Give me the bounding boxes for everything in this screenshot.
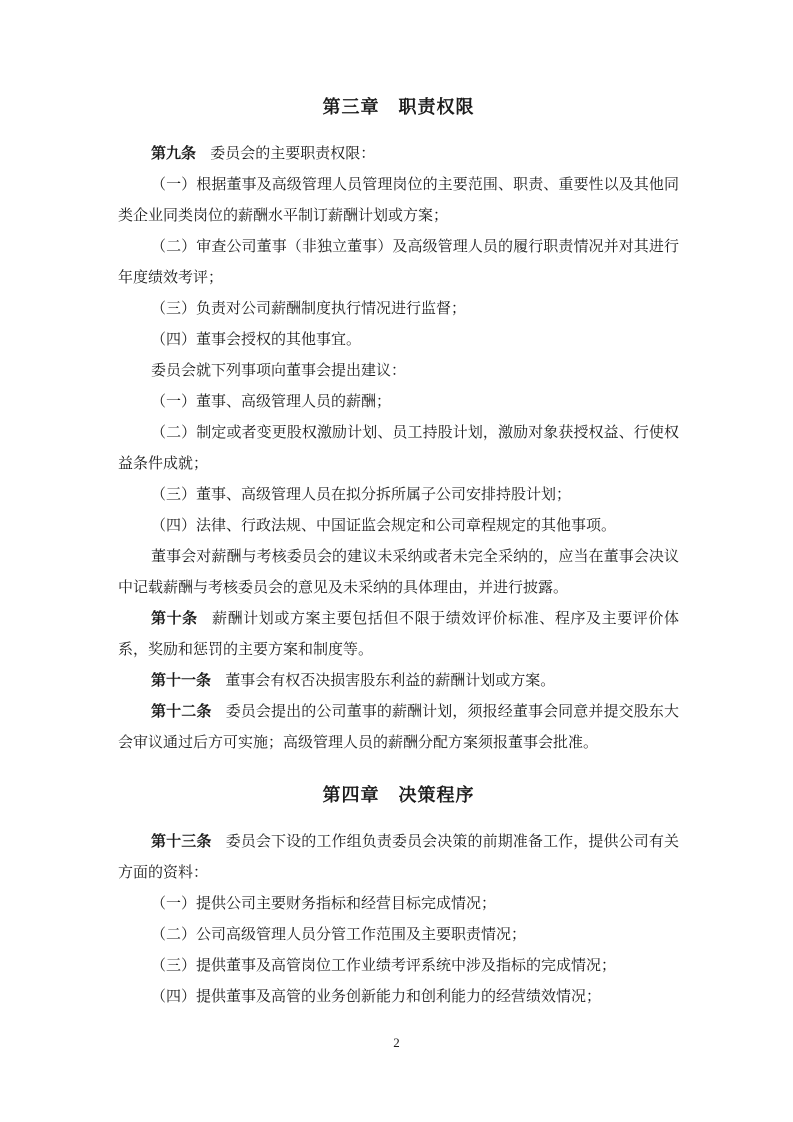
paragraph-article-13: 第十三条委员会下设的工作组负责委员会决策的前期准备工作，提供公司有关方面的资料： xyxy=(118,827,679,889)
paragraph-text: （一）董事、高级管理人员的薪酬； xyxy=(151,394,391,410)
paragraph-text: （四）法律、行政法规、中国证监会规定和公司章程规定的其他事项。 xyxy=(151,518,616,534)
article-number: 第十一条 xyxy=(151,673,211,689)
article-number: 第十条 xyxy=(151,611,198,627)
paragraph-item-4: （四）董事会授权的其他事宜。 xyxy=(118,325,679,356)
paragraph-text: 董事会对薪酬与考核委员会的建议未采纳或者未完全采纳的，应当在董事会决议中记载薪酬… xyxy=(118,549,679,596)
paragraph-suggestion-3: （三）董事、高级管理人员在拟分拆所属子公司安排持股计划； xyxy=(118,480,679,511)
article-number: 第九条 xyxy=(151,146,196,162)
paragraph-text: 委员会的主要职责权限： xyxy=(210,146,375,162)
paragraph-board-disclosure: 董事会对薪酬与考核委员会的建议未采纳或者未完全采纳的，应当在董事会决议中记载薪酬… xyxy=(118,542,679,604)
paragraph-suggestion-4: （四）法律、行政法规、中国证监会规定和公司章程规定的其他事项。 xyxy=(118,511,679,542)
article-number: 第十三条 xyxy=(151,834,211,850)
paragraph-material-4: （四）提供董事及高管的业务创新能力和创利能力的经营绩效情况； xyxy=(118,982,679,1013)
paragraph-text: 董事会有权否决损害股东利益的薪酬计划或方案。 xyxy=(225,673,555,689)
page-number: 2 xyxy=(0,1035,793,1051)
paragraph-suggestions-intro: 委员会就下列事项向董事会提出建议： xyxy=(118,356,679,387)
paragraph-article-9: 第九条委员会的主要职责权限： xyxy=(118,139,679,170)
paragraph-text: （一）根据董事及高级管理人员管理岗位的主要范围、职责、重要性以及其他同类企业同类… xyxy=(118,177,679,224)
paragraph-article-10: 第十条薪酬计划或方案主要包括但不限于绩效评价标准、程序及主要评价体系，奖励和惩罚… xyxy=(118,604,679,666)
paragraph-material-2: （二）公司高级管理人员分管工作范围及主要职责情况； xyxy=(118,920,679,951)
paragraph-text: （三）负责对公司薪酬制度执行情况进行监督； xyxy=(151,301,466,317)
paragraph-article-11: 第十一条董事会有权否决损害股东利益的薪酬计划或方案。 xyxy=(118,666,679,697)
paragraph-text: （二）审查公司董事（非独立董事）及高级管理人员的履行职责情况并对其进行年度绩效考… xyxy=(118,239,679,286)
paragraph-item-1: （一）根据董事及高级管理人员管理岗位的主要范围、职责、重要性以及其他同类企业同类… xyxy=(118,170,679,232)
chapter-heading-3: 第三章 职责权限 xyxy=(118,97,679,117)
paragraph-text: （三）提供董事及高管岗位工作业绩考评系统中涉及指标的完成情况； xyxy=(151,958,616,974)
paragraph-material-3: （三）提供董事及高管岗位工作业绩考评系统中涉及指标的完成情况； xyxy=(118,951,679,982)
chapter-heading-4: 第四章 决策程序 xyxy=(118,785,679,805)
document-page: 第三章 职责权限 第九条委员会的主要职责权限： （一）根据董事及高级管理人员管理… xyxy=(0,0,793,1122)
paragraph-item-2: （二）审查公司董事（非独立董事）及高级管理人员的履行职责情况并对其进行年度绩效考… xyxy=(118,232,679,294)
paragraph-text: （三）董事、高级管理人员在拟分拆所属子公司安排持股计划； xyxy=(151,487,571,503)
paragraph-suggestion-2: （二）制定或者变更股权激励计划、员工持股计划，激励对象获授权益、行使权益条件成就… xyxy=(118,418,679,480)
paragraph-suggestion-1: （一）董事、高级管理人员的薪酬； xyxy=(118,387,679,418)
paragraph-text: （一）提供公司主要财务指标和经营目标完成情况； xyxy=(151,896,496,912)
paragraph-item-3: （三）负责对公司薪酬制度执行情况进行监督； xyxy=(118,294,679,325)
paragraph-material-1: （一）提供公司主要财务指标和经营目标完成情况； xyxy=(118,889,679,920)
paragraph-text: 薪酬计划或方案主要包括但不限于绩效评价标准、程序及主要评价体系，奖励和惩罚的主要… xyxy=(118,611,679,658)
paragraph-text: （二）制定或者变更股权激励计划、员工持股计划，激励对象获授权益、行使权益条件成就… xyxy=(118,425,679,472)
paragraph-text: （二）公司高级管理人员分管工作范围及主要职责情况； xyxy=(151,927,526,943)
article-number: 第十二条 xyxy=(151,704,211,720)
paragraph-text: （四）董事会授权的其他事宜。 xyxy=(151,332,361,348)
paragraph-article-12: 第十二条委员会提出的公司董事的薪酬计划，须报经董事会同意并提交股东大会审议通过后… xyxy=(118,697,679,759)
paragraph-text: （四）提供董事及高管的业务创新能力和创利能力的经营绩效情况； xyxy=(151,989,601,1005)
paragraph-text: 委员会就下列事项向董事会提出建议： xyxy=(151,363,406,379)
